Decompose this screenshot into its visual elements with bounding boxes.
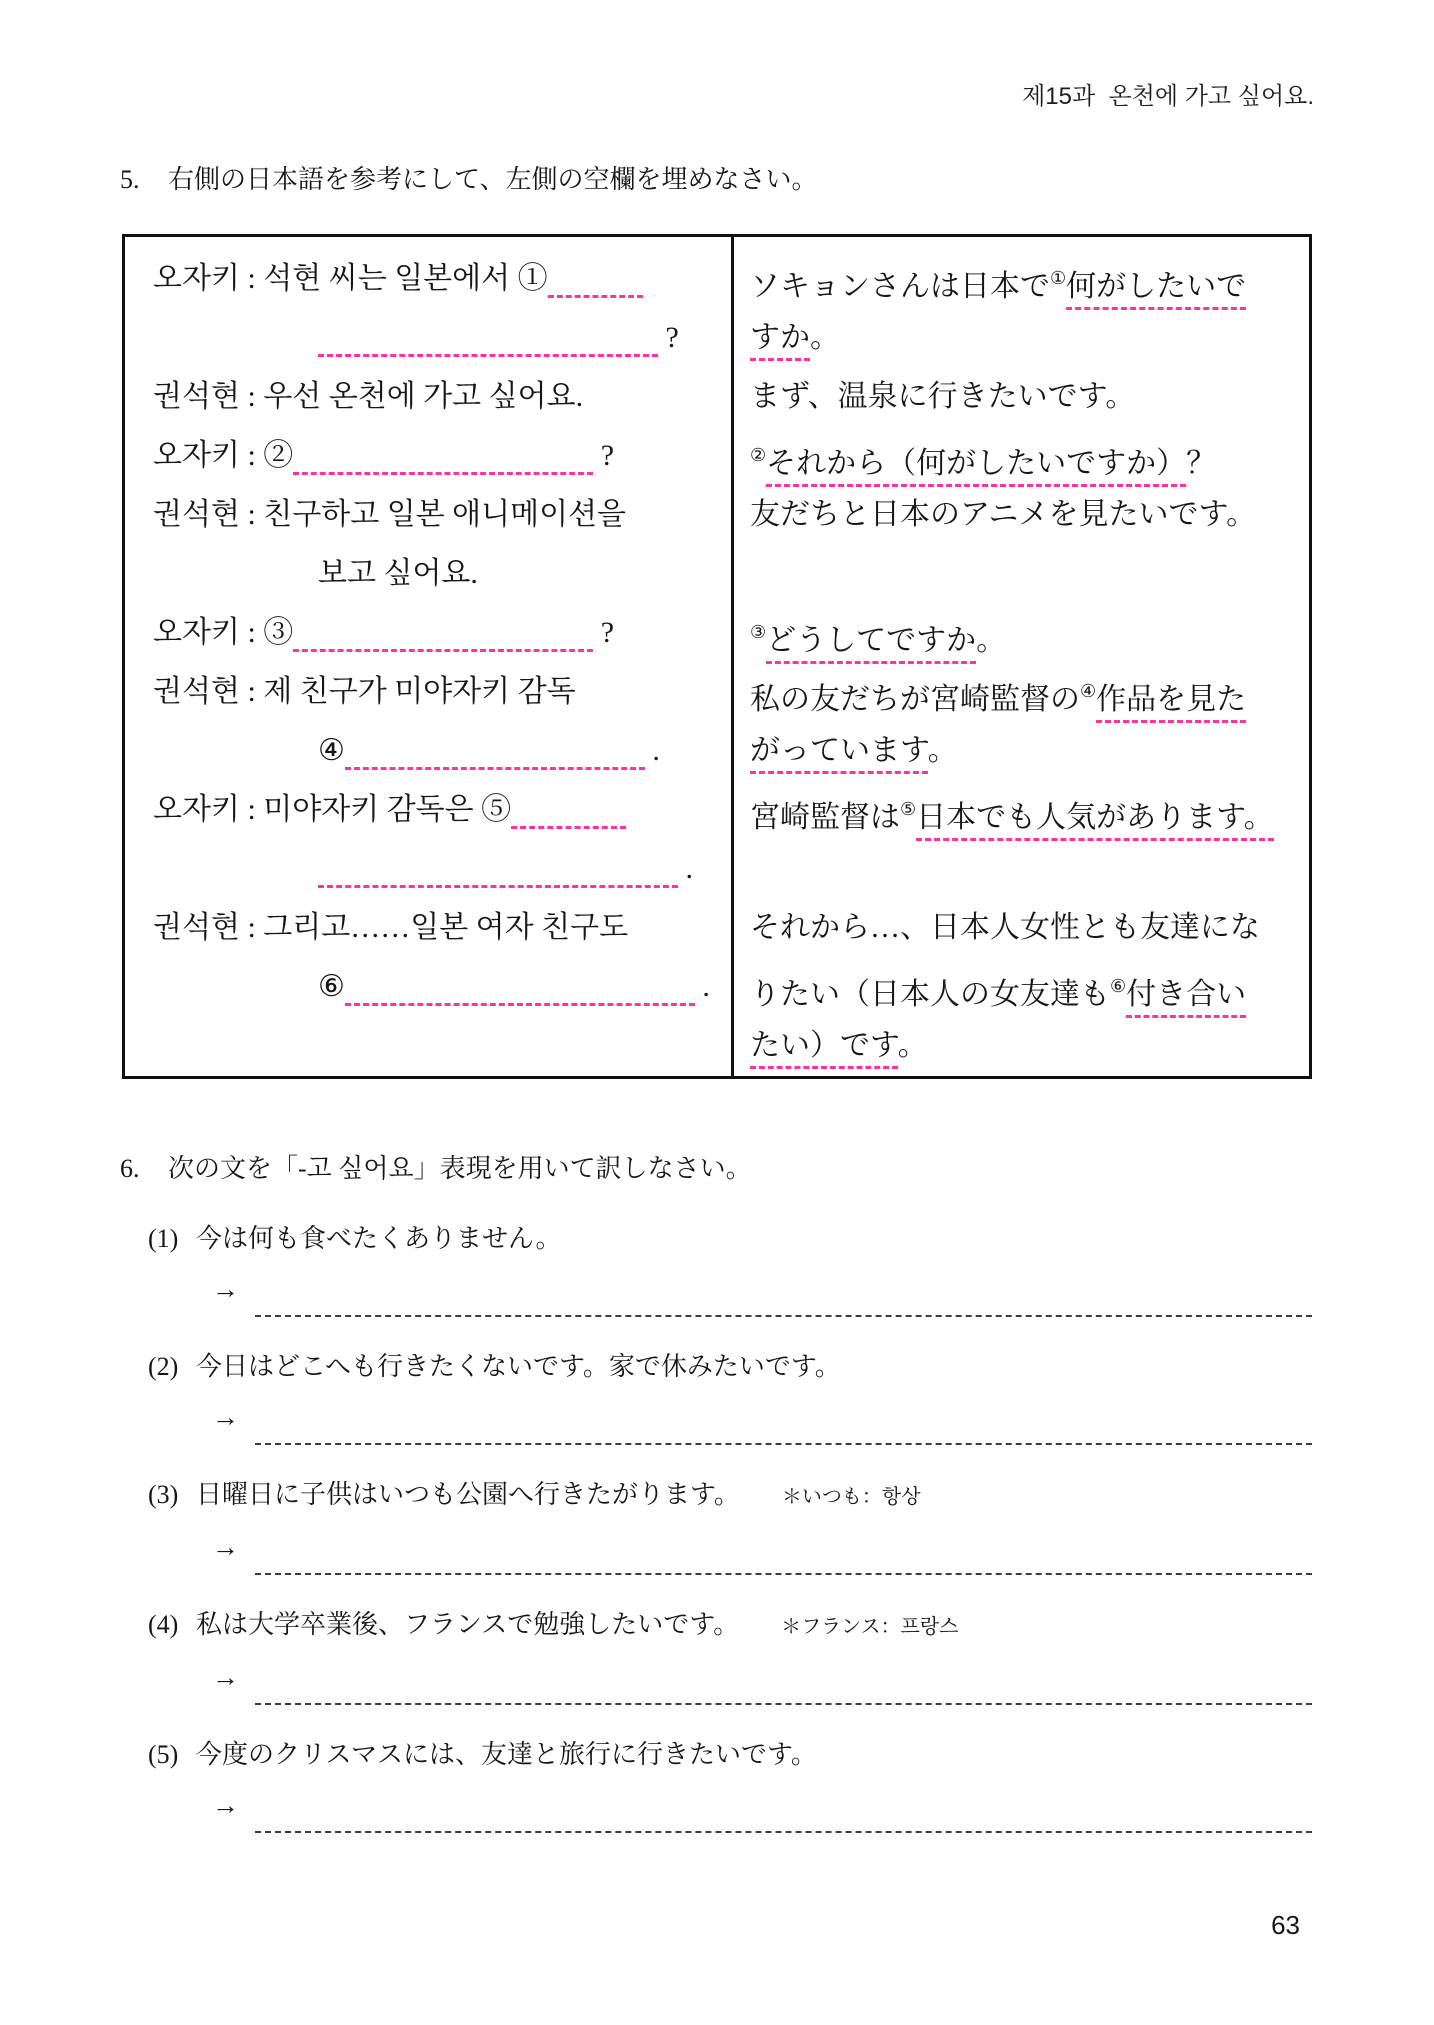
exercise6-item: (4)私は大学卒業後、フランスで勉強したいです。＊フランス：프랑스→ xyxy=(120,1605,1312,1705)
item-note: ＊フランス：프랑스 xyxy=(781,1607,958,1647)
text-segment: 권석현 : 우선 온천에 가고 싶어요. xyxy=(153,380,583,413)
item-number: (3) xyxy=(120,1475,196,1515)
item-number: (4) xyxy=(120,1605,196,1645)
dialogue-line: りたい（日本人の女友達も⑥付き合い xyxy=(750,957,1303,1016)
dialogue-line: 권석현 : 우선 온천에 가고 싶어요. xyxy=(153,367,725,426)
answer-blank-line xyxy=(255,1443,1312,1445)
exercise5-title: 5. 右側の日本語を参考にして、左側の空欄を埋めなさい。 xyxy=(120,160,1312,200)
text-segment: 。 xyxy=(976,624,1006,657)
answer-row: → xyxy=(120,1787,1312,1833)
text-segment: . xyxy=(678,852,693,885)
blank-field xyxy=(318,308,658,357)
underlined-text: どうしてですか xyxy=(766,624,976,664)
header-lesson-title: 제15과 온천에 가고 싶어요. xyxy=(1022,76,1314,111)
answer-row: → xyxy=(120,1529,1312,1575)
arrow-icon: → xyxy=(212,1274,239,1305)
dialogue-line xyxy=(750,839,1303,898)
dialogue-line xyxy=(750,544,1303,603)
table-right-column: ソキョンさんは日本で①何がしたいですか。まず、温泉に行きたいです。②それから（何… xyxy=(734,237,1309,1076)
circled-number: ③ xyxy=(750,622,766,642)
arrow-icon: → xyxy=(212,1402,239,1433)
text-segment: まず、温泉に行きたいです。 xyxy=(750,380,1135,413)
answer-row: → xyxy=(120,1271,1312,1317)
dialogue-line: たい）です。 xyxy=(750,1016,1303,1075)
question-line: (2)今日はどこへも行きたくないです。家で休みたいです。 xyxy=(120,1347,1312,1387)
item-number: (2) xyxy=(120,1347,196,1387)
text-segment: 友だちと日本のアニメを見たいです。 xyxy=(750,498,1256,531)
underlined-text: がっています xyxy=(750,734,928,774)
text-segment: それから…、日本人女性とも友達にな xyxy=(750,911,1260,944)
item-number: (1) xyxy=(120,1219,196,1259)
circled-number: ⑥ xyxy=(1110,976,1126,996)
text-segment: . xyxy=(645,734,660,767)
text-segment: 권석현 : 친구하고 일본 애니메이션을 xyxy=(153,498,626,531)
text-segment: 。 xyxy=(810,321,840,354)
item-text: 日曜日に子供はいつも公園へ行きたがります。 xyxy=(196,1475,740,1515)
dialogue-line: 友だちと日本のアニメを見たいです。 xyxy=(750,485,1303,544)
underlined-text: 付き合い xyxy=(1126,978,1246,1018)
answer-blank-line xyxy=(255,1831,1312,1833)
exercise6-item: (3)日曜日に子供はいつも公園へ行きたがります。＊いつも：항상→ xyxy=(120,1475,1312,1575)
dialogue-line: ④ . xyxy=(153,721,725,780)
dialogue-line: 보고 싶어요. xyxy=(153,544,725,603)
blank-field xyxy=(293,426,593,475)
dialogue-line: ⑥ . xyxy=(153,957,725,1016)
text-segment: 私の友だちが宮崎監督の xyxy=(750,683,1080,716)
exercise6-item: (2)今日はどこへも行きたくないです。家で休みたいです。→ xyxy=(120,1347,1312,1445)
text-segment: 오자키 : 석현 씨는 일본에서 ① xyxy=(153,262,548,295)
dialogue-line: 권석현 : 친구하고 일본 애니메이션을 xyxy=(153,485,725,544)
blank-field xyxy=(548,249,643,298)
arrow-icon: → xyxy=(212,1662,239,1693)
dialogue-line: ソキョンさんは日本で①何がしたいで xyxy=(750,249,1303,308)
underlined-text: 日本でも人気があります。 xyxy=(916,801,1274,841)
blank-field xyxy=(511,780,626,829)
circled-number: ⑤ xyxy=(900,799,916,819)
underlined-text: それから（何がしたいですか） xyxy=(766,447,1186,487)
exercise6-number: 6. xyxy=(120,1149,168,1189)
text-segment: 권석현 : 그리고……일본 여자 친구도 xyxy=(153,911,628,944)
underlined-text: たい）です xyxy=(750,1029,898,1069)
blank-field xyxy=(345,957,695,1006)
exercise5-title-text: 右側の日本語を参考にして、左側の空欄を埋めなさい。 xyxy=(168,160,817,200)
dialogue-line: 권석현 : 그리고……일본 여자 친구도 xyxy=(153,898,725,957)
text-segment: ⑥ xyxy=(318,970,345,1003)
dialogue-line: まず、温泉に行きたいです。 xyxy=(750,367,1303,426)
text-segment: 。 xyxy=(898,1029,928,1062)
dialogue-line: それから…、日本人女性とも友達にな xyxy=(750,898,1303,957)
question-line: (4)私は大学卒業後、フランスで勉強したいです。＊フランス：프랑스 xyxy=(120,1605,1312,1647)
exercise6-items: (1)今は何も食べたくありません。→(2)今日はどこへも行きたくないです。家で休… xyxy=(120,1219,1312,1833)
arrow-icon: → xyxy=(212,1532,239,1563)
answer-blank-line xyxy=(255,1573,1312,1575)
circled-number: ① xyxy=(1050,268,1066,288)
blank-field xyxy=(293,603,593,652)
dialogue-line xyxy=(153,1016,725,1075)
exercise6-item: (5)今度のクリスマスには、友達と旅行に行きたいです。→ xyxy=(120,1735,1312,1833)
dialogue-line: . xyxy=(153,839,725,898)
text-segment: ? xyxy=(593,439,614,472)
text-segment: 오자키 : 미야자키 감독은 ⑤ xyxy=(153,793,511,826)
blank-field xyxy=(345,721,645,770)
dialogue-line: 宮崎監督は⑤日本でも人気があります。 xyxy=(750,780,1303,839)
workbook-page: { "header": { "lesson_title": "제15과 온천에 … xyxy=(0,0,1434,2025)
table-left-column: 오자키 : 석현 씨는 일본에서 ① ?권석현 : 우선 온천에 가고 싶어요.… xyxy=(125,237,734,1076)
underlined-text: 作品を見た xyxy=(1096,683,1246,723)
dialogue-line: 오자키 : ③ ? xyxy=(153,603,725,662)
answer-row: → xyxy=(120,1399,1312,1445)
dialogue-line: 오자키 : 미야자키 감독은 ⑤ xyxy=(153,780,725,839)
text-segment: 宮崎監督は xyxy=(750,801,900,834)
text-segment: ④ xyxy=(318,734,345,767)
page-content: 5. 右側の日本語を参考にして、左側の空欄を埋めなさい。 오자키 : 석현 씨는… xyxy=(120,160,1312,1833)
item-text: 今度のクリスマスには、友達と旅行に行きたいです。 xyxy=(196,1735,817,1775)
dialogue-line: ②それから（何がしたいですか）？ xyxy=(750,426,1303,485)
answer-blank-line xyxy=(255,1703,1312,1705)
text-segment: ? xyxy=(593,616,614,649)
text-segment: ? xyxy=(658,321,679,354)
text-segment: ソキョンさんは日本で xyxy=(750,270,1050,303)
text-segment: 보고 싶어요. xyxy=(318,557,478,590)
arrow-icon: → xyxy=(212,1790,239,1821)
circled-number: ④ xyxy=(1080,681,1096,701)
underlined-text: 何がしたいで xyxy=(1066,270,1246,310)
dialogue-line: 권석현 : 제 친구가 미야자키 감독 xyxy=(153,662,725,721)
text-segment: 권석현 : 제 친구가 미야자키 감독 xyxy=(153,675,576,708)
dialogue-line: ? xyxy=(153,308,725,367)
exercise6-item: (1)今は何も食べたくありません。→ xyxy=(120,1219,1312,1317)
dialogue-table: 오자키 : 석현 씨는 일본에서 ① ?권석현 : 우선 온천에 가고 싶어요.… xyxy=(122,234,1312,1079)
text-segment: 오자키 : ③ xyxy=(153,616,293,649)
dialogue-line: ③どうしてですか。 xyxy=(750,603,1303,662)
text-segment: 。 xyxy=(928,734,958,767)
exercise6-title-text: 次の文を「-고 싶어요」表現を用いて訳しなさい。 xyxy=(168,1149,752,1189)
text-segment: 오자키 : ② xyxy=(153,439,293,472)
dialogue-line: 私の友だちが宮崎監督の④作品を見た xyxy=(750,662,1303,721)
underlined-text: すか xyxy=(750,321,810,361)
exercise6-title: 6. 次の文を「-고 싶어요」表現を用いて訳しなさい。 xyxy=(120,1149,1312,1189)
text-segment: . xyxy=(695,970,710,1003)
dialogue-line: 오자키 : 석현 씨는 일본에서 ① xyxy=(153,249,725,308)
item-note: ＊いつも：항상 xyxy=(782,1477,921,1517)
circled-number: ② xyxy=(750,445,766,465)
item-text: 今は何も食べたくありません。 xyxy=(196,1219,562,1259)
question-line: (1)今は何も食べたくありません。 xyxy=(120,1219,1312,1259)
item-number: (5) xyxy=(120,1735,196,1775)
item-text: 今日はどこへも行きたくないです。家で休みたいです。 xyxy=(196,1347,841,1387)
blank-field xyxy=(318,839,678,888)
question-line: (3)日曜日に子供はいつも公園へ行きたがります。＊いつも：항상 xyxy=(120,1475,1312,1517)
page-number: 63 xyxy=(1271,1910,1300,1941)
dialogue-line: 오자키 : ② ? xyxy=(153,426,725,485)
question-line: (5)今度のクリスマスには、友達と旅行に行きたいです。 xyxy=(120,1735,1312,1775)
answer-row: → xyxy=(120,1659,1312,1705)
text-segment: ？ xyxy=(1186,447,1216,480)
exercise5-number: 5. xyxy=(120,160,168,200)
item-text: 私は大学卒業後、フランスで勉強したいです。 xyxy=(196,1605,739,1645)
dialogue-line: がっています。 xyxy=(750,721,1303,780)
answer-blank-line xyxy=(255,1315,1312,1317)
dialogue-line: すか。 xyxy=(750,308,1303,367)
text-segment: りたい（日本人の女友達も xyxy=(750,978,1110,1011)
exercise6-section: 6. 次の文を「-고 싶어요」表現を用いて訳しなさい。 (1)今は何も食べたくあ… xyxy=(120,1149,1312,1833)
